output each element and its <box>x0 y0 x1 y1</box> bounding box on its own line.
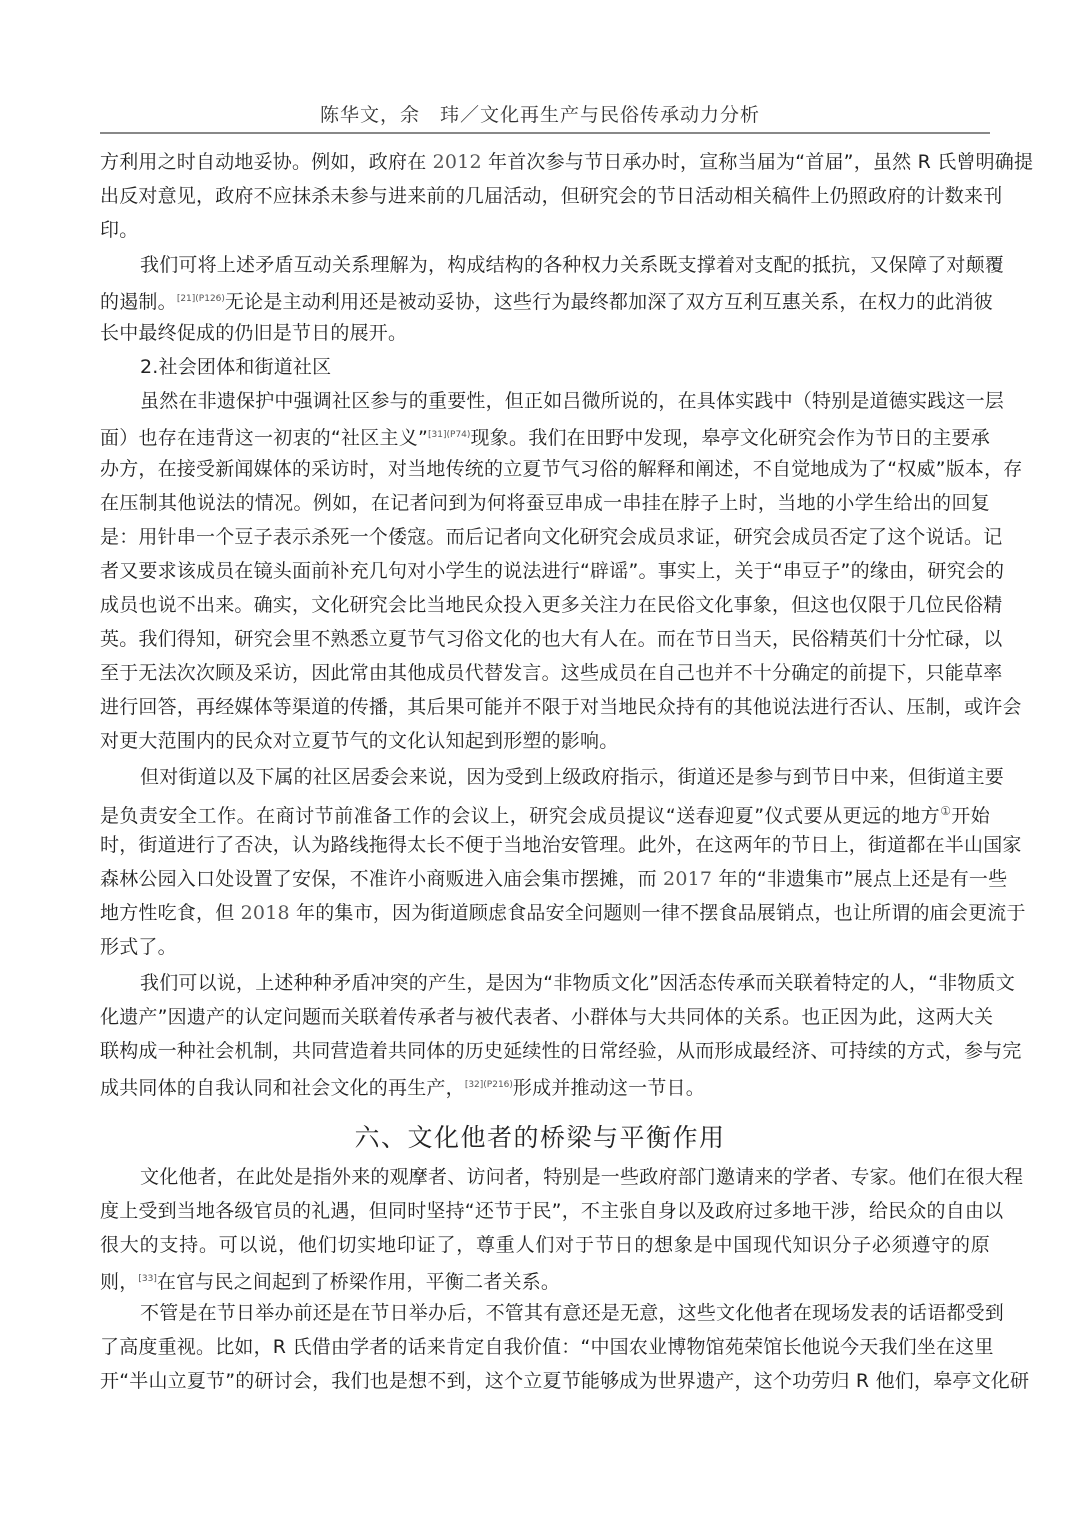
text-line: 地方性吃食，但 2018 年的集市，因为街道顾虑食品安全问题则一律不摆食品展销点… <box>100 896 990 930</box>
text-line: 但对街道以及下属的社区居委会来说，因为受到上级政府指示，街道还是参与到节日中来，… <box>140 760 990 794</box>
text-line: 在压制其他说法的情况。例如，在记者问到为何将蚕豆串成一串挂在脖子上时，当地的小学… <box>100 486 990 520</box>
text-line: 化遗产”因遗产的认定问题而关联着传承者与被代表者、小群体与大共同体的关系。也正因… <box>100 1000 990 1034</box>
text-line: 我们可以说，上述种种矛盾冲突的产生，是因为“非物质文化”因活态传承而关联着特定的… <box>140 966 990 1000</box>
text-line: 是：用针串一个豆子表示杀死一个倭寇。而后记者向文化研究会成员求证，研究会成员否定… <box>100 520 990 554</box>
text: 无论是主动利用还是被动妥协，这些行为最终都加深了双方互利互惠关系，在权力的此消彼 <box>225 291 993 313</box>
text-line: 成共同体的自我认同和社会文化的再生产，[32](P216)形成并推动这一节日。 <box>100 1068 990 1102</box>
text-line: 成员也说不出来。确实，文化研究会比当地民众投入更多关注力在民俗文化事象，但这也仅… <box>100 588 990 622</box>
text: 形成并推动这一节日。 <box>513 1077 705 1099</box>
text-line: 者又要求该成员在镜头面前补充几句对小学生的说法进行“辟谣”。事实上，关于“串豆子… <box>100 554 990 588</box>
header-divider <box>100 132 990 134</box>
text-line: 时，街道进行了否决，认为路线拖得太长不便于当地治安管理。此外，在这两年的节日上，… <box>100 828 990 862</box>
text-line: 至于无法次次顾及采访，因此常由其他成员代替发言。这些成员在自己也并不十分确定的前… <box>100 656 990 690</box>
text: 在官与民之间起到了桥梁作用，平衡二者关系。 <box>157 1271 560 1293</box>
text-line: 进行回答，再经媒体等渠道的传播，其后果可能并不限于对当地民众持有的其他说法进行否… <box>100 690 990 724</box>
year: 2017 <box>663 868 712 890</box>
text-line: 形式了。 <box>100 930 990 964</box>
journal-page: 陈华文，余 玮／文化再生产与民俗传承动力分析 方利用之时自动地妥协。例如，政府在… <box>0 0 1080 1527</box>
text: 是负责安全工作。在商讨节前准备工作的会议上，研究会成员提议“送春迎夏”仪式要从更… <box>100 805 940 827</box>
text-line: 对更大范围内的民众对立夏节气的文化认知起到形塑的影响。 <box>100 724 990 758</box>
citation: [21](P126) <box>177 294 225 304</box>
text: 方利用之时自动地妥协。例如，政府在 <box>100 151 433 173</box>
text-line: 很大的支持。可以说，他们切实地印证了，尊重人们对于节日的想象是中国现代知识分子必… <box>100 1228 990 1262</box>
text: 年首次参与节日承办时，宣称当届为“首届”，虽然 R 氏曾明确提 <box>482 151 1033 173</box>
text: 现象。我们在田野中发现，皋亭文化研究会作为节日的主要承 <box>470 427 990 449</box>
text: 地方性吃食，但 <box>100 902 241 924</box>
text-line: 森林公园入口处设置了安保，不准许小商贩进入庙会集市摆摊，而 2017 年的“非遗… <box>100 862 990 896</box>
text-line: 不管是在节日举办前还是在节日举办后，不管其有意还是无意，这些文化他者在现场发表的… <box>140 1296 990 1330</box>
text-line: 度上受到当地各级官员的礼遇，但同时坚持“还节于民”，不主张自身以及政府过多地干涉… <box>100 1194 990 1228</box>
text: 则， <box>100 1271 138 1293</box>
text-line: 是负责安全工作。在商讨节前准备工作的会议上，研究会成员提议“送春迎夏”仪式要从更… <box>100 794 990 828</box>
text-line: 虽然在非遗保护中强调社区参与的重要性，但正如吕微所说的，在具体实践中（特别是道德… <box>140 384 990 418</box>
citation: [33] <box>138 1274 156 1284</box>
text-line: 面）也存在违背这一初衷的“社区主义”[31](P74)现象。我们在田野中发现，皋… <box>100 418 990 452</box>
text: 年的集市，因为街道顾虑食品安全问题则一律不摆食品展销点，也让所谓的庙会更流于 <box>290 902 1026 924</box>
citation: [31](P74) <box>428 430 470 440</box>
text-line: 文化他者，在此处是指外来的观摩者、访问者，特别是一些政府部门邀请来的学者、专家。… <box>140 1160 990 1194</box>
section-title: 六、文化他者的桥梁与平衡作用 <box>0 1118 1080 1154</box>
text-line: 开“半山立夏节”的研讨会，我们也是想不到，这个立夏节能够成为世界遗产，这个功劳归… <box>100 1364 990 1398</box>
text: 面）也存在违背这一初衷的“社区主义” <box>100 427 428 449</box>
subheading: 2.社会团体和街道社区 <box>140 350 990 384</box>
citation: [32](P216) <box>465 1080 513 1090</box>
running-head: 陈华文，余 玮／文化再生产与民俗传承动力分析 <box>0 100 1080 127</box>
text-line: 办方，在接受新闻媒体的采访时，对当地传统的立夏节气习俗的解释和阐述，不自觉地成为… <box>100 452 990 486</box>
text-line: 了高度重视。比如，R 氏借由学者的话来肯定自我价值：“中国农业博物馆苑荣馆长他说… <box>100 1330 990 1364</box>
text-line: 则，[33]在官与民之间起到了桥梁作用，平衡二者关系。 <box>100 1262 990 1296</box>
text-line: 的遏制。[21](P126)无论是主动利用还是被动妥协，这些行为最终都加深了双方… <box>100 282 990 316</box>
text: 成共同体的自我认同和社会文化的再生产， <box>100 1077 465 1099</box>
text-line: 印。 <box>100 213 990 247</box>
year: 2018 <box>241 902 290 924</box>
year: 2012 <box>433 151 482 173</box>
text: 森林公园入口处设置了安保，不准许小商贩进入庙会集市摆摊，而 <box>100 868 663 890</box>
text-line: 我们可将上述矛盾互动关系理解为，构成结构的各种权力关系既支撑着对支配的抵抗，又保… <box>140 248 990 282</box>
footnote-marker[interactable]: ① <box>940 804 951 818</box>
text: 年的“非遗集市”展点上还是有一些 <box>712 868 1007 890</box>
text-line: 联构成一种社会机制，共同营造着共同体的历史延续性的日常经验，从而形成最经济、可持… <box>100 1034 990 1068</box>
text: 开始 <box>951 805 990 827</box>
text-line: 英。我们得知，研究会里不熟悉立夏节气习俗文化的也大有人在。而在节日当天，民俗精英… <box>100 622 990 656</box>
text-line: 出反对意见，政府不应抹杀未参与进来前的几届活动，但研究会的节日活动相关稿件上仍照… <box>100 179 990 213</box>
text: 的遏制。 <box>100 291 177 313</box>
text-line: 方利用之时自动地妥协。例如，政府在 2012 年首次参与节日承办时，宣称当届为“… <box>100 145 990 179</box>
text-line: 长中最终促成的仍旧是节日的展开。 <box>100 316 990 350</box>
